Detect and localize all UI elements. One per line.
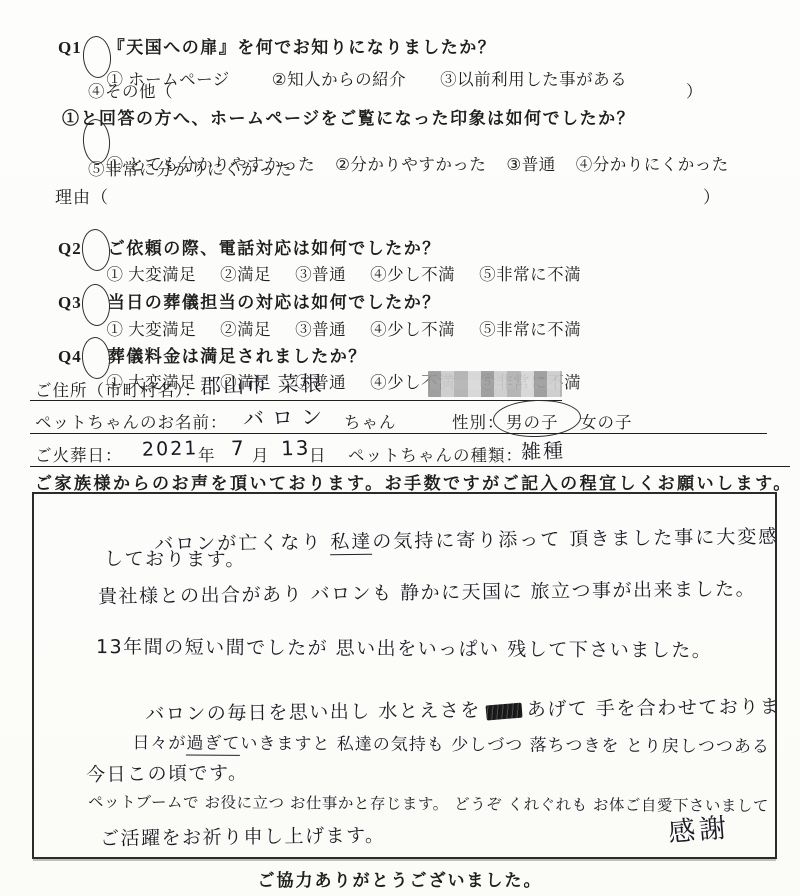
cremation-underline	[30, 466, 790, 467]
q4-number: Q4	[58, 347, 82, 367]
gender-option-female: 女の子	[580, 409, 633, 433]
cremation-month-handwritten: 7	[231, 436, 246, 460]
pet-name-label: ペットちゃんのお名前：	[35, 409, 228, 433]
q1-sub-option-2: ②分かりやすかった	[335, 155, 486, 174]
message-line-6-rest: いきますと 私達の気持も 少しづつ 落ちつきを とり戻しつつある	[240, 734, 770, 757]
cremation-year-handwritten: 2021	[142, 437, 199, 460]
q2-number: Q2	[58, 239, 82, 259]
address-value-handwritten: 郡山市 菜根	[200, 367, 324, 400]
species-value-handwritten: 雑種	[521, 434, 566, 464]
q1-option-other-close-paren: ）	[686, 78, 703, 102]
message-line-7: 今日この頃です。	[86, 758, 249, 787]
q1-option-previous-use: ③以前利用した事がある	[440, 70, 627, 89]
message-line-1-rest: の気持に寄り添って 頂きました事に大変感謝	[372, 526, 777, 553]
message-box: バロンが亡くなり 私達の気持に寄り添って 頂きました事に大変感謝 しております。…	[32, 492, 777, 859]
pet-name-underline	[30, 433, 767, 434]
signature-thanks: 感謝	[666, 805, 731, 849]
q1-sub-option-5: ⑤非常に分かりにくかった	[88, 156, 292, 180]
message-line-2: しております。	[104, 544, 246, 572]
privacy-blur	[428, 371, 562, 397]
pet-name-suffix: ちゃん	[344, 409, 397, 433]
q3-option-4: ④少し不満	[370, 320, 455, 339]
q1-sub-question: ①と回答の方へ、ホームページをご覧になった印象は如何でしたか？	[62, 104, 635, 129]
q2-option-5: ⑤非常に不満	[479, 265, 581, 284]
year-unit: 年	[198, 442, 216, 466]
message-line-4: 13年間の短い間でしたが 思い出をいっぱい 残して下さいました。	[96, 632, 712, 663]
q1-option-other: ④その他（	[88, 78, 173, 102]
address-label: ご住所（市町村名）：	[35, 377, 202, 401]
reason-close-paren: ）	[703, 183, 721, 208]
day-unit: 日	[309, 442, 327, 466]
month-unit: 月	[252, 442, 270, 466]
q3-number: Q3	[58, 293, 82, 313]
footer-text: ご協力ありがとうございました。	[0, 866, 800, 891]
cremation-day-handwritten: 13	[281, 436, 311, 461]
reason-label: 理由（	[55, 183, 109, 208]
species-label: ペットちゃんの種類：	[348, 442, 523, 466]
message-line-3: 貴社様との出合があり バロンも 静かに天国に 旅立つ事が出来ました。	[98, 574, 756, 609]
q1-number: Q1	[58, 38, 82, 58]
q1-sub-option-4: ④分かりにくかった	[576, 155, 729, 174]
survey-sheet: Q1『天国への扉』を何でお知りになりましたか？ ① ホームページ②知人からの紹介…	[0, 0, 800, 896]
q3-option-5: ⑤非常に不満	[479, 320, 581, 339]
q1-sub-option-3: ③普通	[506, 155, 555, 174]
message-line-1-underlined-word: 私達	[330, 531, 372, 556]
cremation-date-label: ご火葬日：	[35, 442, 123, 466]
message-line-6-underlined-word: 過ぎて	[186, 734, 240, 756]
message-line-6-text: 日々が	[132, 733, 186, 753]
pet-name-value-handwritten: バロン	[243, 401, 331, 433]
q1-option-referral: ②知人からの紹介	[272, 70, 406, 89]
notice-text: ご家族様からのお声を頂いております。お手数ですがご記入の程宜しくお願いします。	[35, 469, 793, 494]
message-line-9: ご活躍をお祈り申し上げます。	[100, 821, 386, 851]
